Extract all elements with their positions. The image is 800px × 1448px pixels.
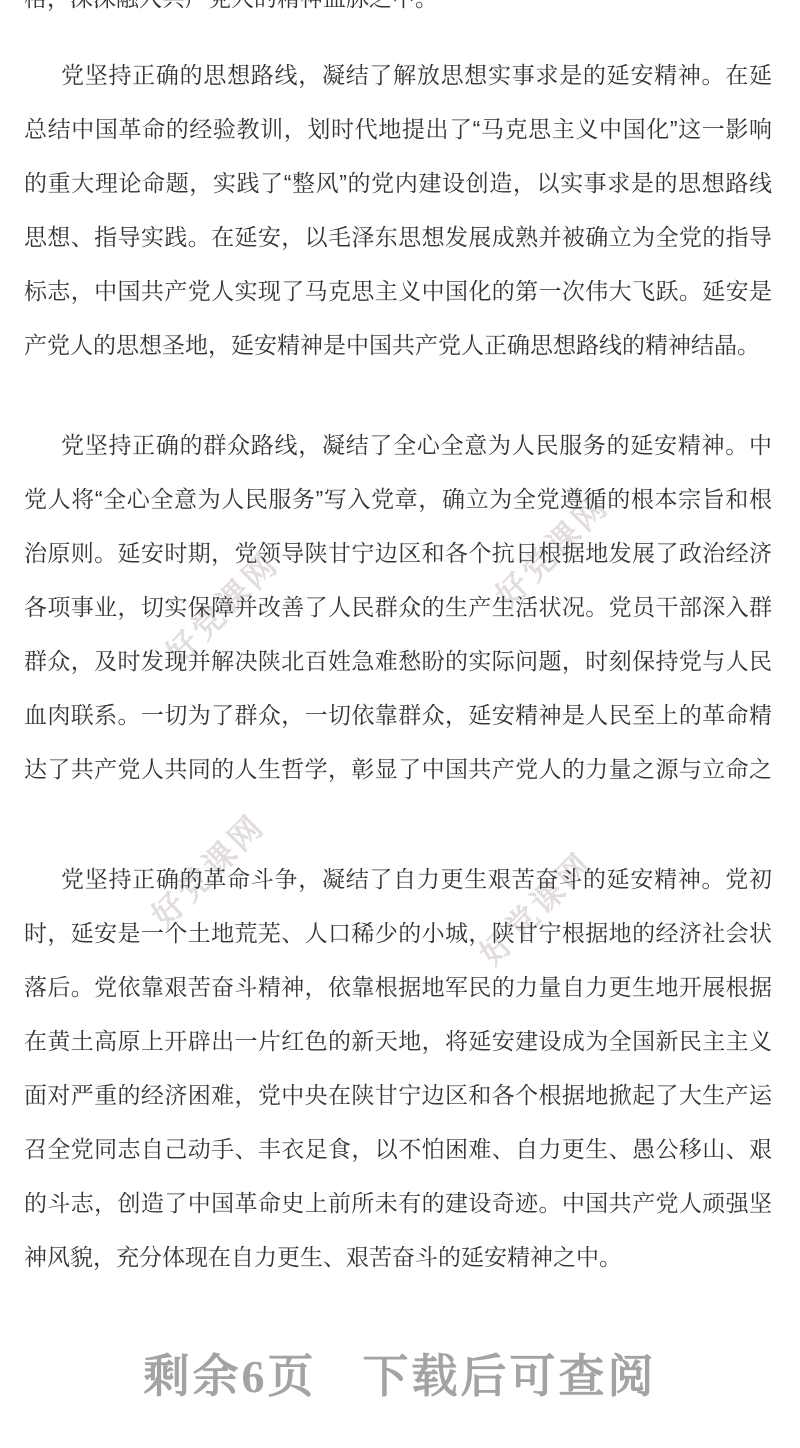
- text-line: 血肉联系。一切为了群众，一切依靠群众，延安精神是人民至上的革命精神，表: [24, 688, 772, 742]
- text-line: 召全党同志自己动手、丰衣足食，以不怕困难、自力更生、愚公移山、艰苦创业: [24, 1122, 772, 1176]
- text-line: 治原则。延安时期，党领导陕甘宁边区和各个抗日根据地发展了政治经济文化等: [24, 526, 772, 580]
- document-body: 党坚持正确的思想路线，凝结了解放思想实事求是的延安精神。在延安，党总结中国革命的…: [24, 48, 772, 1330]
- document-preview-page: 好党课网 好党课网 好党课网 好党课网 格，深深融入共产党人的精神血脉之中。 党…: [0, 0, 800, 1448]
- download-note: 下载后可查阅: [363, 1351, 657, 1402]
- text-line: 总结中国革命的经验教训，划时代地提出了“马克思主义中国化”这一影响深远: [24, 102, 772, 156]
- text-line: 达了共产党人共同的人生哲学，彰显了中国共产党人的力量之源与立命之本。: [24, 742, 772, 796]
- preview-footer: 剩余6页下载后可查阅: [0, 1340, 800, 1406]
- text-line: 时，延安是一个土地荒芜、人口稀少的小城，陕甘宁根据地的经济社会状况十分: [24, 906, 772, 960]
- paragraph-ideological-line: 党坚持正确的思想路线，凝结了解放思想实事求是的延安精神。在延安，党总结中国革命的…: [24, 48, 772, 372]
- text-line: 的斗志，创造了中国革命史上前所未有的建设奇迹。中国共产党人顽强坚韧的精: [24, 1176, 772, 1230]
- clipped-text-line: 格，深深融入共产党人的精神血脉之中。: [24, 0, 772, 11]
- text-line: 党坚持正确的群众路线，凝结了全心全意为人民服务的延安精神。中国共产: [24, 418, 772, 472]
- text-line: 各项事业，切实保障并改善了人民群众的生产生活状况。党员干部深入群众团结: [24, 580, 772, 634]
- text-line: 思想、指导实践。在延安，以毛泽东思想发展成熟并被确立为全党的指导思想为: [24, 210, 772, 264]
- text-line: 党人将“全心全意为人民服务”写入党章，确立为全党遵循的根本宗旨和根本政: [24, 472, 772, 526]
- text-line: 标志，中国共产党人实现了马克思主义中国化的第一次伟大飞跃。延安是中国共: [24, 264, 772, 318]
- text-line: 面对严重的经济困难，党中央在陕甘宁边区和各个根据地掀起了大生产运动，号: [24, 1068, 772, 1122]
- pages-remaining-label: 剩余6页: [144, 1351, 317, 1402]
- text-line: 落后。党依靠艰苦奋斗精神，依靠根据地军民的力量自力更生地开展根据地建设，: [24, 960, 772, 1014]
- text-line: 的重大理论命题，实践了“整风”的党内建设创造，以实事求是的思想路线统一: [24, 156, 772, 210]
- text-line: 在黄土高原上开辟出一片红色的新天地，将延安建设成为全国新民主主义模范区。: [24, 1014, 772, 1068]
- text-line: 群众，及时发现并解决陕北百姓急难愁盼的实际问题，时刻保持党与人民群众的: [24, 634, 772, 688]
- text-line: 党坚持正确的思想路线，凝结了解放思想实事求是的延安精神。在延安，党: [24, 48, 772, 102]
- paragraph-revolutionary-struggle: 党坚持正确的革命斗争，凝结了自力更生艰苦奋斗的延安精神。党初到陕北时，延安是一个…: [24, 852, 772, 1284]
- text-line: 神风貌，充分体现在自力更生、艰苦奋斗的延安精神之中。: [24, 1230, 772, 1284]
- text-line: 产党人的思想圣地，延安精神是中国共产党人正确思想路线的精神结晶。: [24, 318, 772, 372]
- paragraph-mass-line: 党坚持正确的群众路线，凝结了全心全意为人民服务的延安精神。中国共产党人将“全心全…: [24, 418, 772, 796]
- text-line: 党坚持正确的革命斗争，凝结了自力更生艰苦奋斗的延安精神。党初到陕北: [24, 852, 772, 906]
